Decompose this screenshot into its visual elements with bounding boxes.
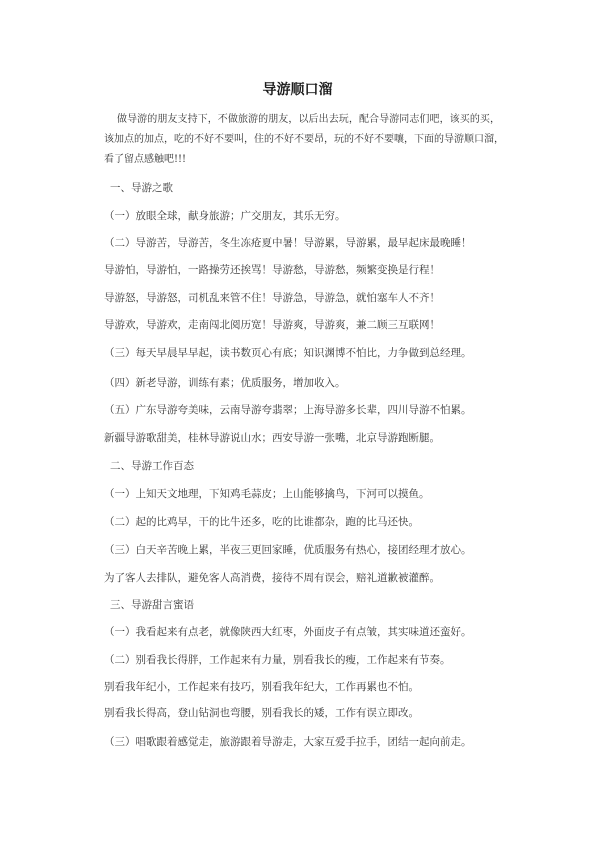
text-line: （四）新老导游，训练有素；优质服务，增加收入。 (104, 376, 346, 390)
intro-line: 该加点的加点，吃的不好不要叫，住的不好不要昂，玩的不好不要嚷，下面的导游顺口溜， (104, 133, 500, 147)
document-title: 导游顺口溜 (0, 81, 595, 99)
text-line: （二）导游苦，导游苦，冬生冻疮夏中暑！导游累，导游累，最早起床最晚睡！ (104, 236, 472, 250)
text-line: 别看我长得高，登山钻洞也弯腰，别看我长的矮，工作有误立即改。 (104, 706, 419, 720)
text-line: 别看我年纪小，工作起来有技巧，别看我年纪大，工作再累也不怕。 (104, 680, 419, 694)
text-line: 导游怕，导游怕，一路操劳还挨骂！导游愁，导游愁，频繁变换是行程！ (104, 263, 440, 277)
text-line: 新疆导游歌甜美，桂林导游说山水；西安导游一张嘴，北京导游跑断腿。 (104, 431, 440, 445)
text-line: （三）白天辛苦晚上累，半夜三更回家睡，优质服务有热心，接团经理才放心。 (104, 543, 472, 557)
text-line: 导游欢，导游欢，走南闯北阅历宽！导游爽，导游爽，兼二顾三互联网！ (104, 318, 440, 332)
text-line: 为了客人去排队，避免客人高消费，接待不周有误会，赔礼道歉被灌醉。 (104, 571, 440, 585)
intro-line: 做导游的朋友支持下，不做旅游的朋友，以后出去玩，配合导游同志们吧，该买的买， (117, 113, 500, 127)
text-line: （三）唱歌跟着感觉走，旅游跟着导游走，大家互爱手拉手，团结一起向前走。 (104, 735, 472, 749)
section-heading: 一、导游之歌 (110, 181, 173, 195)
text-line: （一）上知天文地理，下知鸡毛蒜皮；上山能够擒鸟，下河可以摸鱼。 (104, 487, 430, 501)
text-line: （一）放眼全球，献身旅游；广交朋友，其乐无穷。 (104, 209, 346, 223)
text-line: 导游怒，导游怒，司机乱来管不住！导游急，导游急，就怕塞车人不齐！ (104, 291, 440, 305)
text-line: （五）广东导游夸美味，云南导游夸翡翠；上海导游多长辈，四川导游不怕累。 (104, 403, 472, 417)
section-heading: 二、导游工作百态 (110, 459, 194, 473)
text-line: （二）别看我长得胖，工作起来有力量，别看我长的瘦，工作起来有节奏。 (104, 653, 451, 667)
intro-line: 看了留点感触吧!!! (104, 153, 500, 167)
section-heading: 三、导游甜言蜜语 (110, 598, 194, 612)
text-line: （三）每天早晨早早起，读书数页心有底；知识渊博不怕比，力争做到总经理。 (104, 346, 472, 360)
text-line: （二）起的比鸡早，干的比牛还多，吃的比谁都杂，跑的比马还快。 (104, 515, 419, 529)
text-line: （一）我看起来有点老，就像陕西大红枣，外面皮子有点皱，其实味道还蛮好。 (104, 625, 472, 639)
document-page: 导游顺口溜 做导游的朋友支持下，不做旅游的朋友，以后出去玩，配合导游同志们吧，该… (0, 0, 595, 842)
